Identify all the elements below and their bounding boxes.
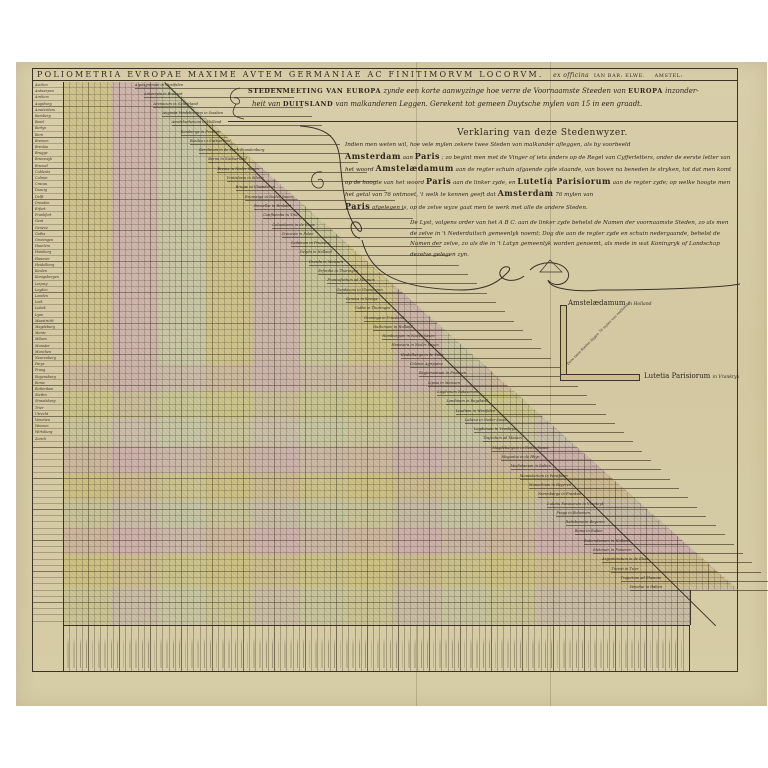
explanation-text: Indien men weten wil, hoe vele mylen zek… bbox=[345, 140, 740, 213]
cartouche-text: zynde een korte aanwyzinge hoe verre de … bbox=[383, 87, 626, 95]
example-top-label: Amstelædamum in Holland bbox=[568, 299, 651, 307]
column-labels bbox=[66, 630, 686, 668]
city-example: Lutetia Parisiorum bbox=[517, 176, 611, 186]
explanation-sentence: 76 mylen van bbox=[555, 192, 593, 198]
example-city: Amstelædamum bbox=[568, 299, 626, 307]
imprint-name: IAN BAR: ELWE. bbox=[594, 73, 645, 79]
cartouche-caps: STEDENMEETING VAN EUROPA bbox=[248, 87, 381, 95]
table-right-step bbox=[690, 590, 738, 625]
example-horizontal-bar bbox=[560, 374, 640, 381]
title-cartouche: STEDENMEETING VAN EUROPA zynde een korte… bbox=[228, 84, 738, 122]
city-example: Amstelædamum bbox=[376, 163, 454, 173]
example-vertical-bar bbox=[560, 305, 567, 381]
example-city: Lutetia Parisiorum bbox=[644, 372, 710, 380]
explanation-sentence: aan de linker zyde, en bbox=[453, 180, 516, 186]
explanation-heading: Verklaring van deze Stedenwyzer. bbox=[345, 128, 740, 138]
city-example: Paris bbox=[415, 151, 440, 161]
cartouche-text: heit van bbox=[252, 100, 281, 108]
title-bar: POLIOMETRIA EVROPAE MAXIME AVTEM GERMANI… bbox=[33, 69, 737, 81]
cartouche-caps: EUROPA bbox=[628, 87, 663, 95]
cartouche-caps: DUITSLAND bbox=[283, 100, 333, 108]
explanation-sentence: aan bbox=[403, 155, 413, 161]
list-note: De Lyst, volgens order van het A B C. aa… bbox=[410, 218, 730, 260]
imprint-place: AMSTEL: bbox=[655, 73, 683, 79]
city-name: Konigsbergen bbox=[35, 274, 63, 280]
bottom-left-corner bbox=[33, 625, 64, 671]
explanation-sentence: Indien men weten wil, hoe vele mylen zek… bbox=[345, 142, 630, 148]
cartouche-text: van malkanderen Leggen. Gerekent tot gem… bbox=[336, 100, 643, 108]
scroll-ornament-icon bbox=[226, 84, 248, 120]
city-name: Zurich bbox=[35, 436, 63, 442]
city-name-list: AachenAntwerpenArnhemAugsburgAmsterdamBa… bbox=[35, 82, 63, 625]
city-example: Paris bbox=[426, 176, 451, 186]
cartouche-text: inzonder- bbox=[665, 87, 699, 95]
map-title: POLIOMETRIA EVROPAE MAXIME AVTEM GERMANI… bbox=[37, 70, 544, 79]
explanation-panel: Verklaring van deze Stedenwyzer. Indien … bbox=[345, 128, 740, 213]
city-example: Amsterdam bbox=[498, 188, 554, 198]
city-example: Paris bbox=[345, 201, 370, 211]
example-region: in Vrankryk bbox=[713, 375, 740, 380]
example-right-label: Lutetia Parisiorum in Vrankryk bbox=[644, 372, 739, 380]
imprint-prefix: ex officina bbox=[553, 72, 589, 79]
city-example: Amsterdam bbox=[345, 151, 401, 161]
explanation-sentence: afgelegen is, op de zelve wyze gaat men … bbox=[372, 205, 588, 211]
